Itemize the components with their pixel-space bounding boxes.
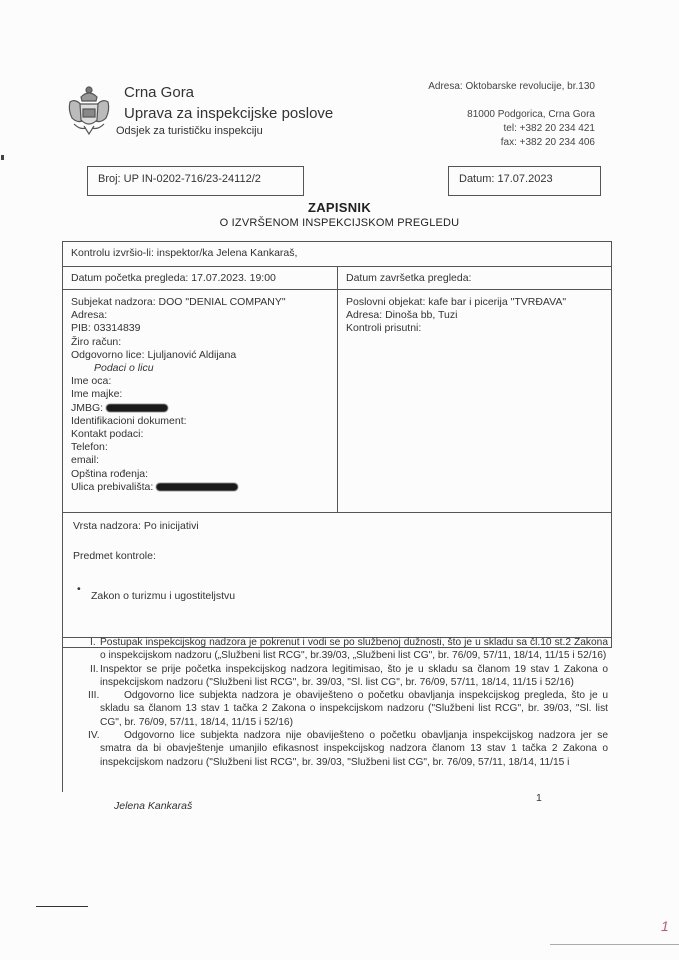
document-subtitle: O IZVRŠENOM INSPEKCIJSKOM PREGLEDU bbox=[0, 217, 679, 229]
control-type-row: Vrsta nadzora: Po inicijativi Predmet ko… bbox=[63, 513, 611, 638]
inspector-row: Kontrolu izvršio-li: inspektor/ka Jelena… bbox=[63, 242, 611, 267]
point-text: Odgovorno lice subjekta nadzora nije oba… bbox=[100, 730, 608, 768]
point-text: Postupak inspekcijskog nadzora je pokren… bbox=[100, 637, 608, 661]
control-type: Vrsta nadzora: Po inicijativi bbox=[63, 513, 611, 533]
handwritten-page-mark: 1 bbox=[661, 918, 669, 934]
organization-block: Crna Gora Uprava za inspekcijske poslove… bbox=[124, 84, 333, 138]
authority-name: Uprava za inspekcijske poslove bbox=[124, 104, 333, 123]
legal-point: III. Odgovorno lice subjekta nadzora je … bbox=[63, 689, 612, 729]
city-line: 81000 Podgorica, Crna Gora bbox=[428, 108, 595, 122]
subject-cell: Subjekat nadzora: DOO "DENIAL COMPANY" A… bbox=[63, 290, 337, 512]
contact-data: Kontakt podaci: bbox=[71, 428, 329, 441]
redacted-jmbg bbox=[106, 404, 168, 412]
coat-of-arms-icon bbox=[66, 84, 112, 136]
legal-point: IV. Odgovorno lice subjekta nadzora nije… bbox=[63, 729, 612, 769]
fax-line: fax: +382 20 234 406 bbox=[428, 136, 595, 150]
dates-row: Datum početka pregleda: 17.07.2023. 19:0… bbox=[63, 267, 611, 290]
point-text: Inspektor se prije početka inspekcijskog… bbox=[100, 664, 608, 688]
point-number: I. bbox=[90, 636, 96, 649]
point-number: IV. bbox=[88, 729, 100, 742]
jmbg-line: JMBG: bbox=[71, 402, 329, 415]
control-subject-heading: Predmet kontrole: bbox=[63, 543, 611, 563]
subject-row: Subjekat nadzora: DOO "DENIAL COMPANY" A… bbox=[63, 290, 611, 513]
legal-points: I. Postupak inspekcijskog nadzora je pok… bbox=[62, 632, 612, 792]
inspector-cell: Kontrolu izvršio-li: inspektor/ka Jelena… bbox=[63, 242, 305, 266]
redacted-residence bbox=[156, 483, 238, 491]
person-data-heading: Podaci o licu bbox=[71, 362, 329, 375]
start-date-cell: Datum početka pregleda: 17.07.2023. 19:0… bbox=[63, 267, 337, 289]
page-number: 1 bbox=[536, 792, 542, 804]
end-date-cell: Datum završetka pregleda: bbox=[337, 267, 611, 289]
contact-block: Adresa: Oktobarske revolucije, br.130 81… bbox=[428, 80, 595, 150]
scan-mark bbox=[1, 155, 4, 160]
subject-ziro: Žiro račun: bbox=[71, 336, 329, 349]
residence-line: Ulica prebivališta: bbox=[71, 481, 329, 494]
legal-point: I. Postupak inspekcijskog nadzora je pok… bbox=[63, 632, 612, 663]
document-page: Crna Gora Uprava za inspekcijske poslove… bbox=[0, 0, 679, 960]
point-number: II. bbox=[90, 663, 99, 676]
tel-line: tel: +382 20 234 421 bbox=[428, 122, 595, 136]
father-name: Ime oca: bbox=[71, 375, 329, 388]
residence-label: Ulica prebivališta: bbox=[71, 481, 153, 493]
point-number: III. bbox=[88, 689, 99, 702]
document-number-box: Broj: UP IN-0202-716/23-24112/2 bbox=[87, 166, 304, 196]
phone: Telefon: bbox=[71, 441, 329, 454]
object-cell: Poslovni objekat: kafe bar i picerija "T… bbox=[337, 290, 611, 512]
document-date-box: Datum: 17.07.2023 bbox=[448, 166, 601, 196]
present-at-control: Kontroli prisutni: bbox=[346, 322, 603, 335]
subject-name: Subjekat nadzora: DOO "DENIAL COMPANY" bbox=[71, 296, 329, 309]
signature-name: Jelena Kankaraš bbox=[114, 800, 192, 812]
subject-address: Adresa: bbox=[71, 309, 329, 322]
email: email: bbox=[71, 454, 329, 467]
id-document: Identifikacioni dokument: bbox=[71, 415, 329, 428]
business-object: Poslovni objekat: kafe bar i picerija "T… bbox=[346, 296, 603, 309]
point-text: Odgovorno lice subjekta nadzora je obavi… bbox=[100, 690, 608, 728]
jmbg-label: JMBG: bbox=[71, 402, 103, 414]
subject-pib: PIB: 03314839 bbox=[71, 322, 329, 335]
birth-municipality: Opština rođenja: bbox=[71, 468, 329, 481]
legal-point: II. Inspektor se prije početka inspekcij… bbox=[63, 663, 612, 690]
address-line: Adresa: Oktobarske revolucije, br.130 bbox=[428, 80, 595, 94]
responsible-person: Odgovorno lice: Ljuljanović Aldijana bbox=[71, 349, 329, 362]
bottom-rule-right bbox=[550, 944, 679, 945]
inspection-table: Kontrolu izvršio-li: inspektor/ka Jelena… bbox=[62, 241, 612, 648]
object-address: Adresa: Dinoša bb, Tuzi bbox=[346, 309, 603, 322]
country-name: Crna Gora bbox=[124, 84, 333, 102]
mother-name: Ime majke: bbox=[71, 388, 329, 401]
document-title: ZAPISNIK bbox=[0, 200, 679, 215]
control-subject-item: Zakon o turizmu i ugostiteljstvu bbox=[63, 583, 611, 603]
department-name: Odsjek za turističku inspekciju bbox=[116, 124, 333, 138]
bottom-rule bbox=[36, 906, 88, 907]
